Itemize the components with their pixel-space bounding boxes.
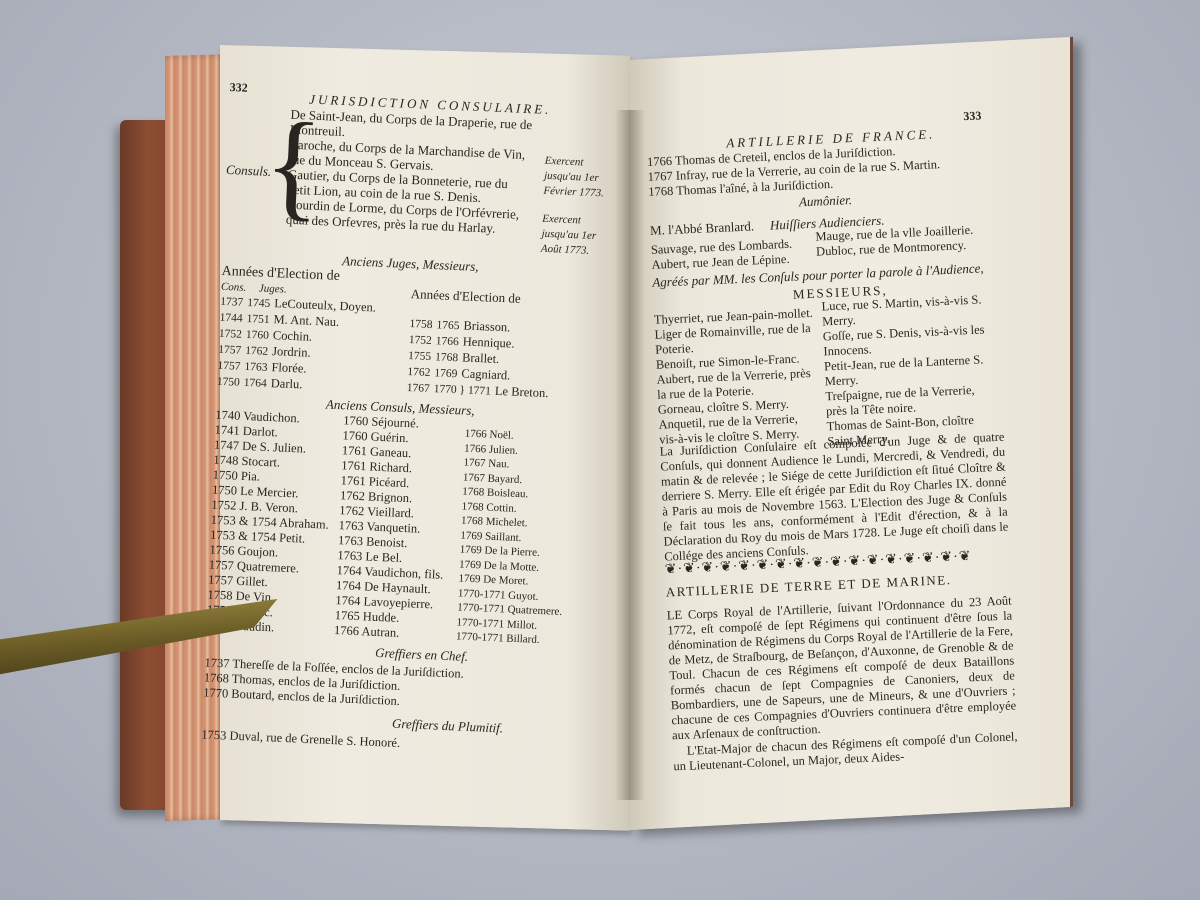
book-gutter: [615, 110, 645, 800]
exercent-note: Exercent jusqu'au 1er Août 1773.: [541, 212, 613, 260]
anciens-juges-left: 17371745LeCouteulx, Doyen. 17441751M. An…: [216, 294, 376, 397]
messieurs-right: Luce, rue S. Martin, vis-à-vis S. Merry.…: [821, 292, 997, 449]
corps-royal-paragraph: LE Corps Royal de l'Artillerie, ſuivant …: [667, 593, 1018, 743]
anciens-consuls-col2: 1760 Séjourné. 1760 Guérin. 1761 Ganeau.…: [334, 413, 450, 642]
page-number: 333: [963, 108, 982, 124]
consuls-list: De Saint-Jean, du Corps de la Draperie, …: [286, 107, 536, 238]
messieurs-left: Thyerriet, rue Jean-pain-mollet. Liger d…: [654, 306, 820, 448]
anciens-consuls-col3: 1766 Noël. 1766 Julien. 1767 Nau. 1767 B…: [456, 427, 570, 649]
anciens-juges-right: 17581765Briasson. 17521766Hennique. 1755…: [406, 316, 551, 402]
jurisdiction-paragraph: La Juriſdiction Conſulaire eſt compoſée …: [659, 430, 1009, 565]
huissiers-left: Sauvage, rue des Lombards. Aubert, rue J…: [651, 237, 793, 273]
page-number: 332: [229, 80, 248, 96]
aumonier-title: Aumônier.: [799, 192, 853, 209]
photo-scene: 332 JURISDICTION CONSULAIRE. Consuls. { …: [0, 0, 1200, 900]
exercent-note: Exercent jusqu'au 1er Février 1773.: [543, 154, 615, 202]
